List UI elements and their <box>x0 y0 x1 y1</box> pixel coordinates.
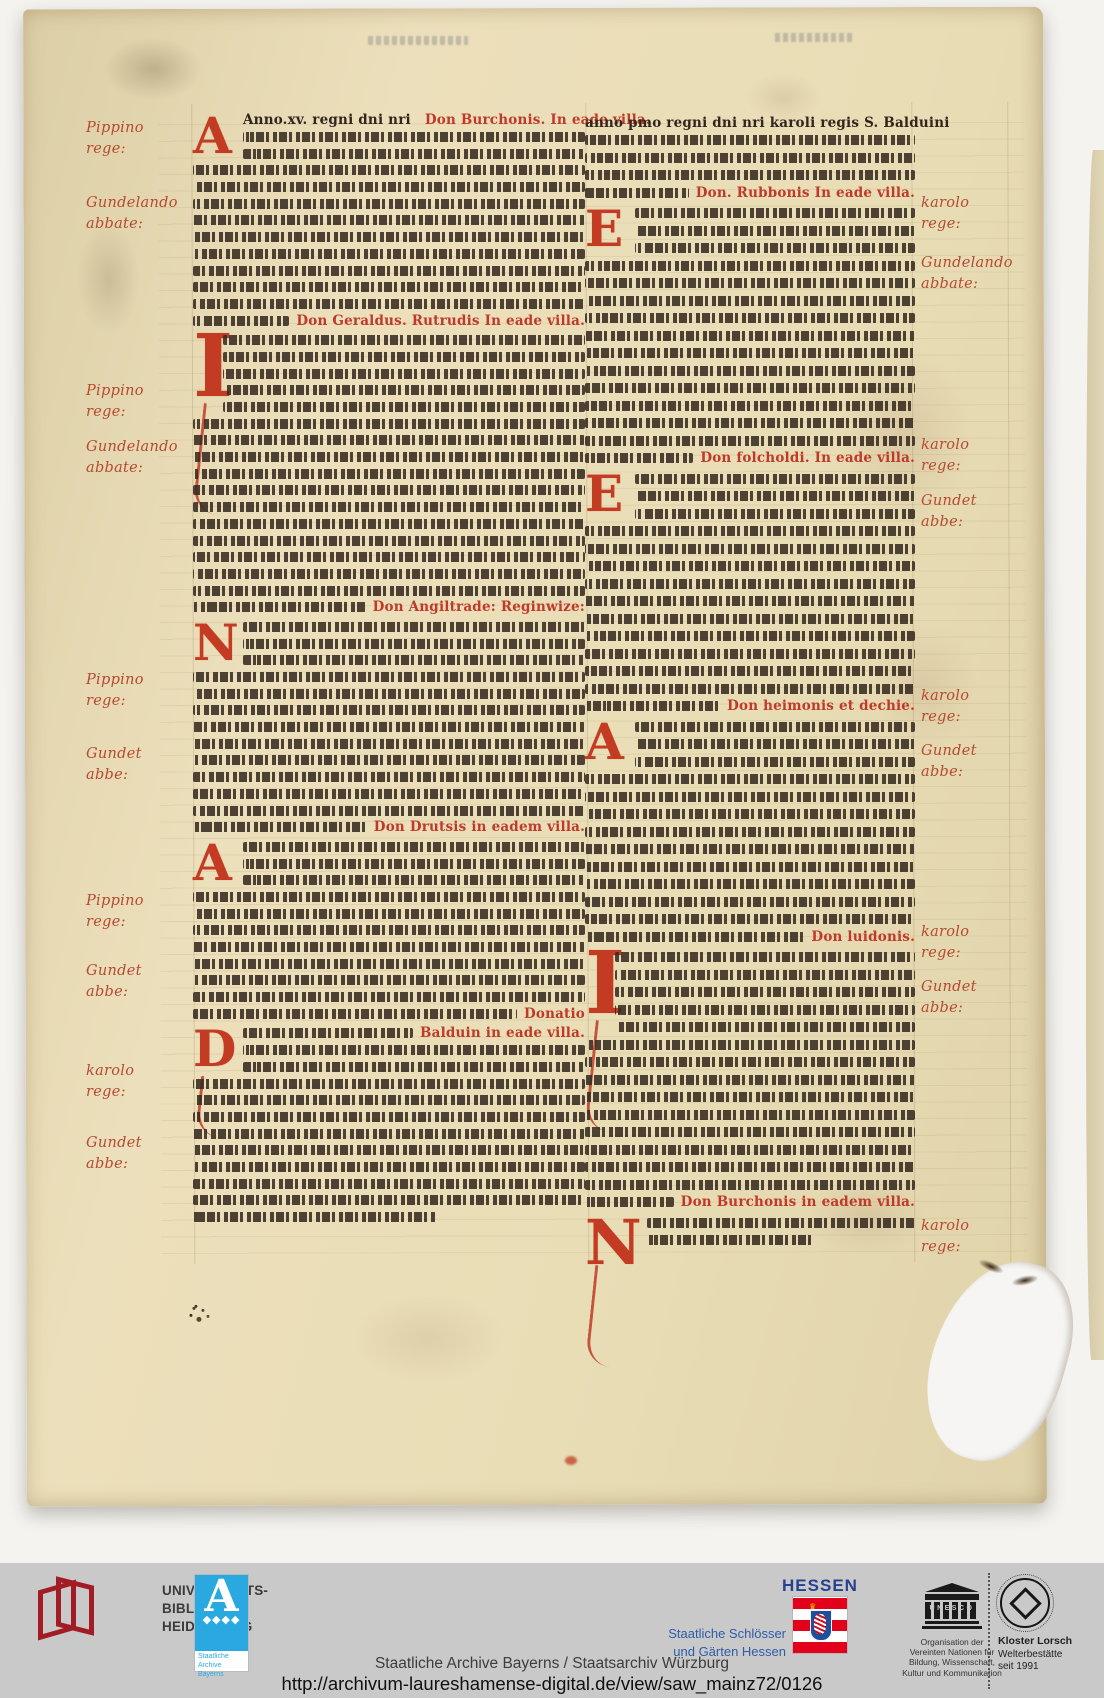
script-line <box>585 841 915 859</box>
margin-note: Gundet abbe: <box>86 1133 174 1175</box>
script-line <box>647 1232 915 1250</box>
manuscript-paragraph: ADonatio <box>193 839 585 1023</box>
margin-note: karolo rege: <box>86 1061 174 1103</box>
rubric-text: Donatio <box>524 1006 585 1022</box>
margin-note: Gundelando abbate: <box>86 193 174 235</box>
manuscript-paragraph: EDon folcholdi. In eade villa. <box>585 205 915 468</box>
script-line <box>585 628 915 646</box>
script-line <box>193 465 585 482</box>
script-line <box>585 1124 915 1142</box>
opening-words: anno pmo regni dni nri karoli regis S. B… <box>585 115 950 131</box>
script-line <box>585 523 915 541</box>
script-line <box>585 593 915 611</box>
script-line: Don luidonis. <box>585 928 915 946</box>
rubric-text: Don Burchonis in eadem villa. <box>681 1194 915 1210</box>
script-line <box>243 839 585 856</box>
margin-note: Gundet abbe: <box>921 491 1013 533</box>
lorsch-line1: Kloster Lorsch <box>998 1635 1072 1647</box>
script-line <box>243 635 585 652</box>
script-line <box>243 872 585 889</box>
script-line: Don Drutsis in eadem villa. <box>193 819 585 836</box>
script-line <box>585 380 915 398</box>
script-line <box>193 752 585 769</box>
script-line <box>193 1142 585 1159</box>
text-column-right: anno pmo regni dni nri karoli regis S. B… <box>585 114 915 1252</box>
script-line <box>243 652 585 669</box>
hessen-title: HESSEN <box>770 1576 870 1596</box>
script-line <box>585 680 915 698</box>
script-line <box>193 532 585 549</box>
script-line <box>193 955 585 972</box>
script-line <box>193 482 585 499</box>
illuminated-initial: D <box>193 1025 236 1073</box>
illuminated-initial: E <box>585 470 623 518</box>
script-line <box>585 610 915 628</box>
margin-note: Pippino rege: <box>86 381 174 423</box>
script-line <box>585 823 915 841</box>
script-line <box>635 488 915 506</box>
script-line <box>585 345 915 363</box>
script-line <box>635 718 915 736</box>
script-line <box>193 195 585 212</box>
script-line <box>193 246 585 263</box>
script-line <box>193 939 585 956</box>
script-line <box>193 719 585 736</box>
script-line <box>585 1036 915 1054</box>
opening-words: Anno.xv. regni dni nri <box>243 112 411 128</box>
script-line: Don heimonis et dechie. <box>585 698 915 716</box>
margin-note: Gundet abbe: <box>86 961 174 1003</box>
script-line <box>193 415 585 432</box>
script-line <box>243 129 585 146</box>
script-line <box>193 449 585 466</box>
script-line <box>635 736 915 754</box>
archive-caption: Staatliche Archive Bayerns / Staatsarchi… <box>0 1655 1104 1673</box>
script-line <box>585 362 915 380</box>
source-url: http://archivum-laureshamense-digital.de… <box>0 1673 1104 1695</box>
script-line <box>193 296 585 313</box>
margin-note: karolo rege: <box>921 193 1013 235</box>
script-line <box>585 806 915 824</box>
script-line <box>635 240 915 258</box>
wax-mark <box>565 1456 577 1465</box>
script-line <box>193 262 585 279</box>
manuscript-paragraph: AAnno.xv. regni dni nriDon Burchonis. In… <box>193 112 585 329</box>
script-line <box>223 332 585 349</box>
illuminated-initial: E <box>585 205 623 253</box>
rubric-text: Balduin in eade villa. <box>420 1025 585 1041</box>
script-line <box>193 922 585 939</box>
margin-note: Gundet abbe: <box>921 977 1013 1019</box>
script-line: Don folcholdi. In eade villa. <box>585 450 915 468</box>
script-line <box>585 858 915 876</box>
script-line <box>193 1125 585 1142</box>
script-line <box>193 212 585 229</box>
script-line <box>193 499 585 516</box>
script-line <box>585 788 915 806</box>
script-line <box>635 222 915 240</box>
script-line <box>585 292 915 310</box>
kloster-lorsch-badge-icon <box>1000 1578 1050 1628</box>
script-line <box>243 145 585 162</box>
script-line <box>193 685 585 702</box>
script-line: Don. Rubbonis In eade villa. <box>585 184 915 202</box>
script-line <box>585 540 915 558</box>
rubric-text: Don Angiltrade: Reginwize: <box>373 599 585 615</box>
script-line <box>585 771 915 789</box>
rubric-text: Don luidonis. <box>811 929 915 945</box>
script-line <box>585 397 915 415</box>
script-line <box>193 516 585 533</box>
manuscript-paragraph: DBalduin in eade villa. <box>193 1025 585 1225</box>
institution-footer: UNIVERSITÄTS- BIBLIOTHEK HEIDELBERG A ◆◆… <box>0 1563 1104 1698</box>
margin-note: Gundet abbe: <box>86 744 174 786</box>
script-line <box>193 229 585 246</box>
script-line <box>243 619 585 636</box>
margin-note: karolo rege: <box>921 922 1013 964</box>
manuscript-paragraph: EDon heimonis et dechie. <box>585 470 915 715</box>
script-line <box>193 769 585 786</box>
script-line <box>585 893 915 911</box>
script-line <box>635 205 915 223</box>
script-line <box>193 1192 585 1209</box>
script-line <box>193 735 585 752</box>
script-line <box>193 972 585 989</box>
script-line <box>193 1109 585 1126</box>
bayern-logo-diamonds: ◆◆◆◆ <box>195 1613 248 1626</box>
script-line <box>615 984 915 1002</box>
script-line <box>243 855 585 872</box>
script-line <box>193 279 585 296</box>
script-line <box>193 786 585 803</box>
script-line <box>193 1209 585 1226</box>
unesco-caption-line1: Organisation der <box>890 1637 1014 1647</box>
script-line <box>193 802 585 819</box>
margin-note: karolo rege: <box>921 435 1013 477</box>
script-line <box>585 645 915 663</box>
script-line <box>585 575 915 593</box>
script-line <box>193 989 585 1006</box>
heidelberg-library-logo-icon <box>34 1577 112 1643</box>
script-line <box>585 663 915 681</box>
script-line <box>585 132 915 150</box>
script-line <box>223 349 585 366</box>
script-line <box>193 566 585 583</box>
unesco-acronym: UNESCO <box>925 1605 979 1612</box>
rubric-text: Don Geraldus. Rutrudis In eade villa. <box>296 313 585 329</box>
script-line <box>585 167 915 185</box>
rubric-text: Don heimonis et dechie. <box>727 698 915 714</box>
script-line <box>193 1092 585 1109</box>
script-line <box>193 669 585 686</box>
script-line <box>585 876 915 894</box>
script-line <box>193 1159 585 1176</box>
text-column-left: AAnno.xv. regni dni nriDon Burchonis. In… <box>193 112 585 1228</box>
script-line <box>193 889 585 906</box>
script-line: anno pmo regni dni nri karoli regis S. B… <box>585 114 915 132</box>
script-line <box>585 1141 915 1159</box>
script-line <box>585 310 915 328</box>
script-line <box>585 432 915 450</box>
script-line <box>585 1089 915 1107</box>
faint-inscription <box>775 33 855 42</box>
script-line <box>193 582 585 599</box>
script-line <box>585 1054 915 1072</box>
margin-note: Gundelando abbate: <box>921 253 1013 295</box>
script-line: Donatio <box>193 1005 585 1022</box>
manuscript-paragraph: ADon luidonis. <box>585 718 915 946</box>
faint-inscription <box>368 36 468 45</box>
script-line <box>223 399 585 416</box>
script-line: Anno.xv. regni dni nriDon Burchonis. In … <box>243 112 585 129</box>
rubric-text: Don. Rubbonis In eade villa. <box>696 185 915 201</box>
script-line <box>585 275 915 293</box>
margin-note: Pippino rege: <box>86 891 174 933</box>
script-line <box>615 1001 915 1019</box>
script-line <box>243 1059 585 1076</box>
script-line <box>615 1019 915 1037</box>
script-line <box>223 365 585 382</box>
margin-note: Gundet abbe: <box>921 741 1013 783</box>
margin-note: karolo rege: <box>921 686 1013 728</box>
margin-note: Pippino rege: <box>86 670 174 712</box>
script-line <box>223 382 585 399</box>
script-line <box>635 753 915 771</box>
script-line: Don Angiltrade: Reginwize: <box>193 599 585 616</box>
manuscript-paragraph: anno pmo regni dni nri karoli regis S. B… <box>585 114 915 202</box>
illuminated-initial: A <box>193 112 232 160</box>
hessen-flag-icon: ♛ <box>793 1597 847 1653</box>
script-line <box>615 949 915 967</box>
script-line <box>193 549 585 566</box>
script-line <box>193 905 585 922</box>
margin-note: Gundelando abbate: <box>86 437 174 479</box>
manuscript-paragraph: IDon Burchonis in eadem villa. <box>585 949 915 1212</box>
script-line <box>585 415 915 433</box>
ink-stain <box>194 1305 197 1308</box>
script-line <box>193 1175 585 1192</box>
rubric-text: Don Drutsis in eadem villa. <box>374 819 585 835</box>
illuminated-initial: N <box>193 619 239 667</box>
script-line <box>585 1106 915 1124</box>
script-line <box>585 558 915 576</box>
script-line <box>585 327 915 345</box>
manuscript-paragraph: IDon Angiltrade: Reginwize: <box>193 332 585 616</box>
script-line <box>585 1176 915 1194</box>
script-line: Don Geraldus. Rutrudis In eade villa. <box>193 312 585 329</box>
illuminated-initial: A <box>585 718 624 766</box>
manuscript-paragraph: N <box>585 1214 915 1249</box>
script-line <box>585 149 915 167</box>
hessen-caption-line1: Staatliche Schlösser <box>630 1625 786 1643</box>
script-line <box>585 911 915 929</box>
adjacent-page-edge <box>1086 150 1104 1360</box>
script-line: Balduin in eade villa. <box>243 1025 585 1042</box>
script-line <box>585 257 915 275</box>
manuscript-paragraph: NDon Drutsis in eadem villa. <box>193 619 585 836</box>
script-line <box>635 470 915 488</box>
script-line <box>193 1075 585 1092</box>
rubric-text: Don folcholdi. In eade villa. <box>700 450 915 466</box>
script-line <box>193 432 585 449</box>
illuminated-initial: A <box>193 839 232 887</box>
script-line <box>615 966 915 984</box>
unesco-logo-icon: UNESCO <box>922 1583 982 1631</box>
digitized-manuscript-view: Pippino rege: Gundelando abbate: Pippino… <box>0 0 1104 1698</box>
script-line <box>243 1042 585 1059</box>
margin-note: karolo rege: <box>921 1216 1013 1258</box>
script-line <box>585 1159 915 1177</box>
margin-note: Pippino rege: <box>86 118 174 160</box>
script-line <box>647 1214 915 1232</box>
script-line <box>193 162 585 179</box>
script-line <box>193 179 585 196</box>
hessen-shield-icon <box>810 1610 832 1641</box>
script-line <box>635 505 915 523</box>
script-line <box>193 702 585 719</box>
script-line <box>585 1071 915 1089</box>
illuminated-initial: N <box>585 1214 642 1273</box>
